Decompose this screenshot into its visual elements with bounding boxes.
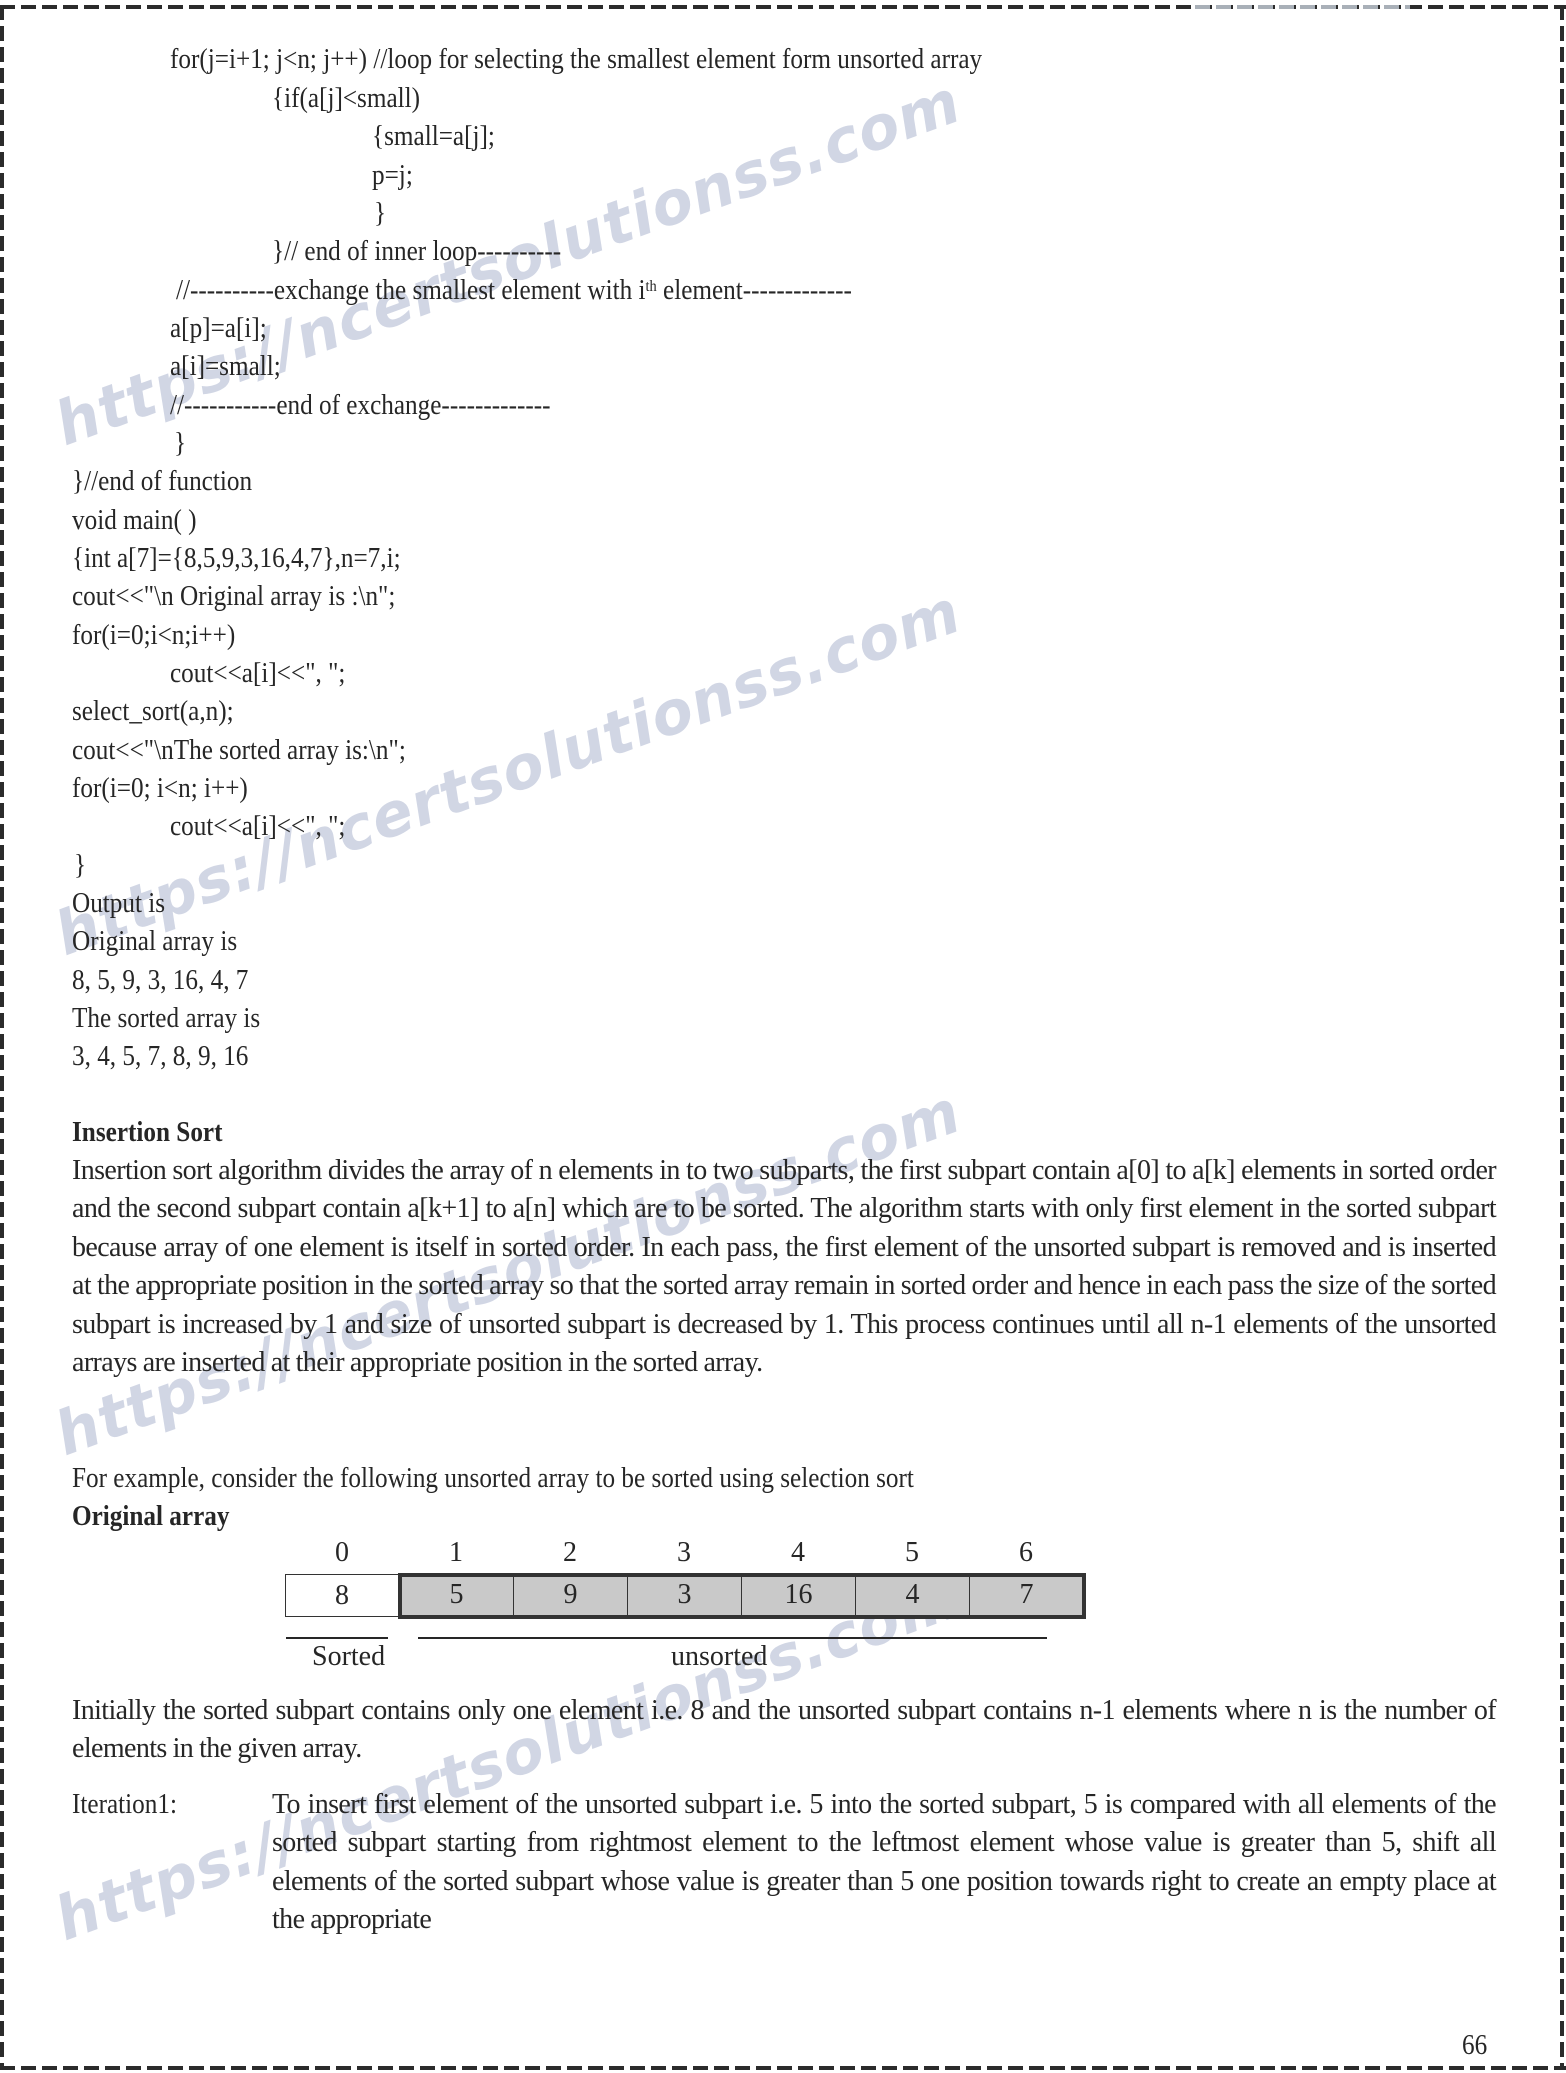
initial-text: Initially the sorted subpart contains on… — [72, 1692, 1496, 1769]
array-index: 0 — [285, 1536, 399, 1570]
page-border-left — [0, 5, 4, 2070]
code-line: } — [374, 195, 386, 233]
document-page: https://ncertsolutionss.com https://ncer… — [0, 0, 1566, 2073]
code-line: select_sort(a,n); — [72, 693, 234, 731]
iteration-label: Iteration1: — [72, 1786, 177, 1824]
code-line: a[p]=a[i]; — [170, 310, 267, 348]
example-intro: For example, consider the following unso… — [72, 1460, 914, 1498]
unsorted-bracket-line — [418, 1637, 1047, 1639]
page-border-artifact — [1195, 5, 1410, 9]
array-index: 4 — [741, 1536, 855, 1570]
section-title: Insertion Sort — [72, 1114, 223, 1152]
code-line: for(i=0; i<n; i++) — [72, 770, 248, 808]
code-line: //-----------end of exchange------------… — [170, 387, 551, 425]
array-index: 6 — [969, 1536, 1083, 1570]
array-heading: Original array — [72, 1498, 229, 1536]
iteration-text: To insert first element of the unsorted … — [272, 1786, 1496, 1940]
section-paragraph: Insertion sort algorithm divides the arr… — [72, 1152, 1496, 1382]
output-sorted-label: The sorted array is — [72, 1000, 260, 1038]
array-cell-unsorted: 3 — [627, 1574, 741, 1617]
array-index: 1 — [399, 1536, 513, 1570]
code-line: cout<<"\nThe sorted array is:\n"; — [72, 732, 406, 770]
code-line: {int a[7]={8,5,9,3,16,4,7},n=7,i; — [72, 540, 401, 578]
code-line: cout<<"\n Original array is :\n"; — [72, 578, 395, 616]
code-line: //----------exchange the smallest elemen… — [176, 272, 852, 310]
code-line: cout<<a[i]<<", "; — [170, 655, 345, 693]
array-cell-unsorted: 16 — [741, 1574, 855, 1617]
code-line: }// end of inner loop---------- — [272, 233, 561, 271]
page-number: 66 — [1462, 2027, 1487, 2065]
unsorted-label: unsorted — [671, 1640, 767, 1674]
array-cell-sorted: 8 — [285, 1574, 399, 1617]
code-line: p=j; — [372, 157, 413, 195]
code-line: }//end of function — [72, 463, 252, 501]
code-line: for(j=i+1; j<n; j++) //loop for selectin… — [170, 41, 982, 79]
array-cell-unsorted: 5 — [399, 1574, 513, 1617]
code-line: {if(a[j]<small) — [272, 80, 420, 118]
output-heading: Output is — [72, 885, 165, 923]
code-line: } — [174, 425, 186, 463]
code-line: a[i]=small; — [170, 348, 281, 386]
code-line: {small=a[j]; — [372, 118, 495, 156]
array-cell-unsorted: 7 — [969, 1574, 1083, 1617]
code-line: for(i=0;i<n;i++) — [72, 617, 235, 655]
array-cell-unsorted: 4 — [855, 1574, 969, 1617]
code-line: void main( ) — [72, 502, 197, 540]
code-line: } — [74, 847, 86, 885]
page-border-right — [1560, 5, 1564, 2070]
array-cell-unsorted: 9 — [513, 1574, 627, 1617]
array-index: 5 — [855, 1536, 969, 1570]
output-original-label: Original array is — [72, 923, 237, 961]
output-original-values: 8, 5, 9, 3, 16, 4, 7 — [72, 962, 248, 1000]
output-sorted-values: 3, 4, 5, 7, 8, 9, 16 — [72, 1038, 248, 1076]
array-index: 3 — [627, 1536, 741, 1570]
page-border-bottom — [0, 2066, 1566, 2070]
sorted-label: Sorted — [312, 1640, 385, 1674]
sorted-bracket-line — [286, 1637, 388, 1639]
array-index: 2 — [513, 1536, 627, 1570]
code-line: cout<<a[i]<<", "; — [170, 808, 345, 846]
